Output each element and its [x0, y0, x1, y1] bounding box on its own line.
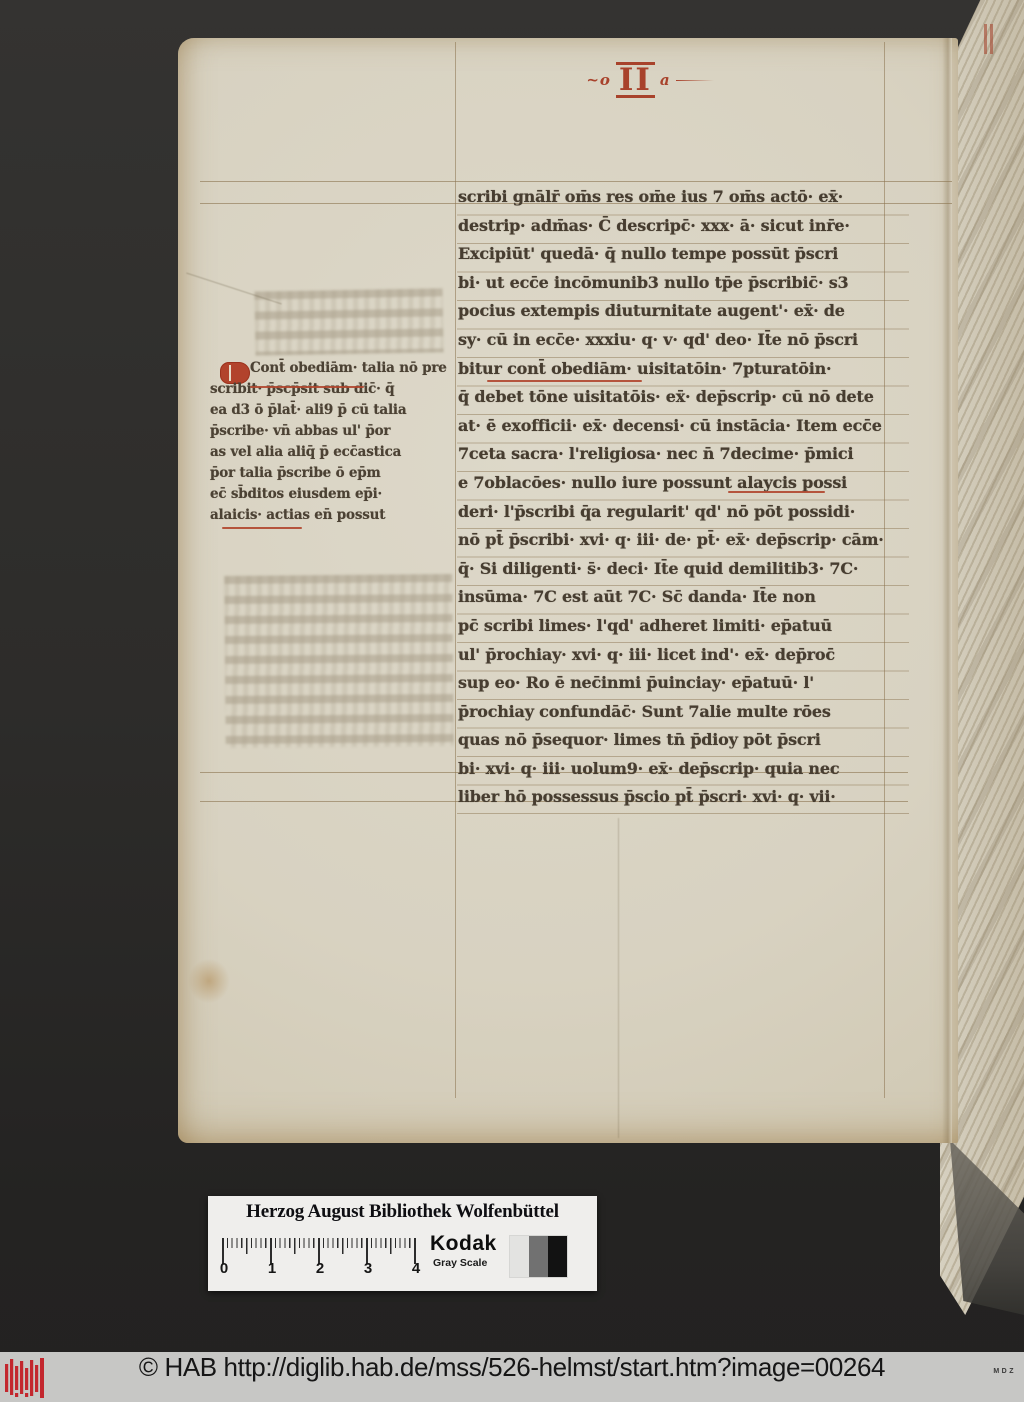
kodak-brand: Kodak	[430, 1232, 497, 1256]
scan-photo: ~o II a scribi gnālr̄ om̄s res om̄e ius …	[0, 0, 1024, 1402]
gloss-line: ec̄ sb̄ditos eiusdem ep̄i·	[210, 486, 456, 507]
ruler-label: 2	[313, 1260, 327, 1277]
text-line: bi· xvi· q· iii· uolum9· ex̄· dep̄scrip·…	[458, 759, 890, 788]
main-text-column: scribi gnālr̄ om̄s res om̄e ius 7 om̄s a…	[458, 187, 890, 816]
gloss-line: p̄scribe· vn̄ abbas ul' p̄or	[210, 423, 456, 444]
red-underline	[222, 527, 302, 529]
text-line: Excipiūt' quedā· q̄ nullo tempe possūt p…	[458, 244, 890, 273]
gloss-line: p̄or talia p̄scribe ō ep̄m	[210, 465, 456, 486]
folio-flourish-left: ~o	[586, 71, 611, 89]
patch-dark	[548, 1236, 567, 1277]
text-line: bi· ut ecc̄e incōmunib3 nullo tp̄e p̄scr…	[458, 273, 890, 302]
text-line: deri· l'p̄scribi q̄a regularit' qd' nō p…	[458, 502, 890, 531]
manuscript-page: ~o II a scribi gnālr̄ om̄s res om̄e ius …	[178, 38, 958, 1143]
text-line: sup eo· Ro ē nec̄inmi p̄uinciay· ep̄atuū…	[458, 673, 890, 702]
patch-mid	[529, 1236, 548, 1277]
ruler-label: 1	[265, 1260, 279, 1277]
gloss-line: as vel alia aliq̄ p̄ ecc̄astica	[210, 444, 456, 465]
ruling-vertical-left	[455, 42, 456, 1098]
library-name: Herzog August Bibliothek Wolfenbüttel	[208, 1201, 597, 1223]
text-line: q̄ debet tōne uisitatōis· ex̄· dep̄scrip…	[458, 387, 890, 416]
text-line: sy· cū in ecc̄e· xxxiu· q· v· qd' deo· I…	[458, 330, 890, 359]
patch-light	[510, 1236, 529, 1277]
parchment-crease	[618, 818, 619, 1138]
library-scale-card: Herzog August Bibliothek Wolfenbüttel 0 …	[208, 1196, 597, 1291]
showthrough-text-block	[224, 574, 453, 748]
ruling-horizontal-top	[200, 181, 952, 182]
folio-numeral: II	[616, 62, 655, 98]
text-line: e 7oblacōes· nullo iure possunt alaycis …	[458, 473, 890, 502]
text-line: quas nō p̄sequor· limes tn̄ p̄dioy pōt p…	[458, 730, 890, 759]
folio-flourish-right: a	[660, 71, 671, 89]
text-line: at· ē exofficii· ex̄· decensi· cū instāc…	[458, 416, 890, 445]
gloss-line: alaicis· actias en̄ possut	[210, 507, 456, 528]
text-line: liber hō possessus p̄scio pt̄ p̄scri· xv…	[458, 787, 890, 816]
showthrough-text-block	[254, 288, 443, 355]
gray-scale-label: Gray Scale	[433, 1257, 487, 1269]
caption-strip: © HAB http://diglib.hab.de/mss/526-helms…	[0, 1352, 1024, 1402]
text-line: p̄rochiay confundāc̄· Sunt 7alie multe r…	[458, 702, 890, 731]
next-folio-number-peek	[982, 24, 994, 54]
ruler-label: 3	[361, 1260, 375, 1277]
folio-number: ~o II a	[580, 54, 720, 106]
text-line: pocius extempis diuturnitate augent'· ex…	[458, 301, 890, 330]
ruler-label: 0	[217, 1260, 231, 1277]
text-line: nō pt̄ p̄scribi· xvi· q· iii· de· pt̄· e…	[458, 530, 890, 559]
centimeter-ruler: 0 1 2 3 4	[222, 1238, 422, 1278]
gloss-line: scribit· p̄scp̄sit sub dic̄· q̄	[210, 381, 456, 402]
parchment-crease	[186, 273, 281, 305]
parchment-stain	[180, 950, 238, 1012]
gray-scale-patches	[510, 1236, 567, 1277]
text-line: ul' p̄rochiay· xvi· q· iii· licet ind'· …	[458, 645, 890, 674]
text-line: 7ceta sacra· l'religiosa· nec n̄ 7decime…	[458, 444, 890, 473]
ruler-label: 4	[409, 1260, 423, 1277]
text-line: scribi gnālr̄ om̄s res om̄e ius 7 om̄s a…	[458, 187, 890, 216]
text-line: destrip· adm̄as· C̄ descripc̄· xxx· ā· s…	[458, 216, 890, 245]
folio-flourish-line	[676, 80, 714, 81]
text-line: insūma· 7C est aūt 7C· Sc̄ danda· It̄e n…	[458, 587, 890, 616]
copyright-caption: © HAB http://diglib.hab.de/mss/526-helms…	[0, 1352, 1024, 1402]
text-line: q̄· Si diligenti· s̄· deci· It̄e quid de…	[458, 559, 890, 588]
text-line: bitur cont̄ obediām· uisitatōin· 7pturat…	[458, 359, 890, 388]
gloss-line: Cont̄ obediām· talia nō pre	[210, 360, 456, 381]
text-line: pc̄ scribi limes· l'qd' adheret limiti· …	[458, 616, 890, 645]
gloss-line: ea d3 ō p̄lat̄· ali9 p̄ cū talia	[210, 402, 456, 423]
corner-mark: MDZ	[993, 1368, 1016, 1375]
